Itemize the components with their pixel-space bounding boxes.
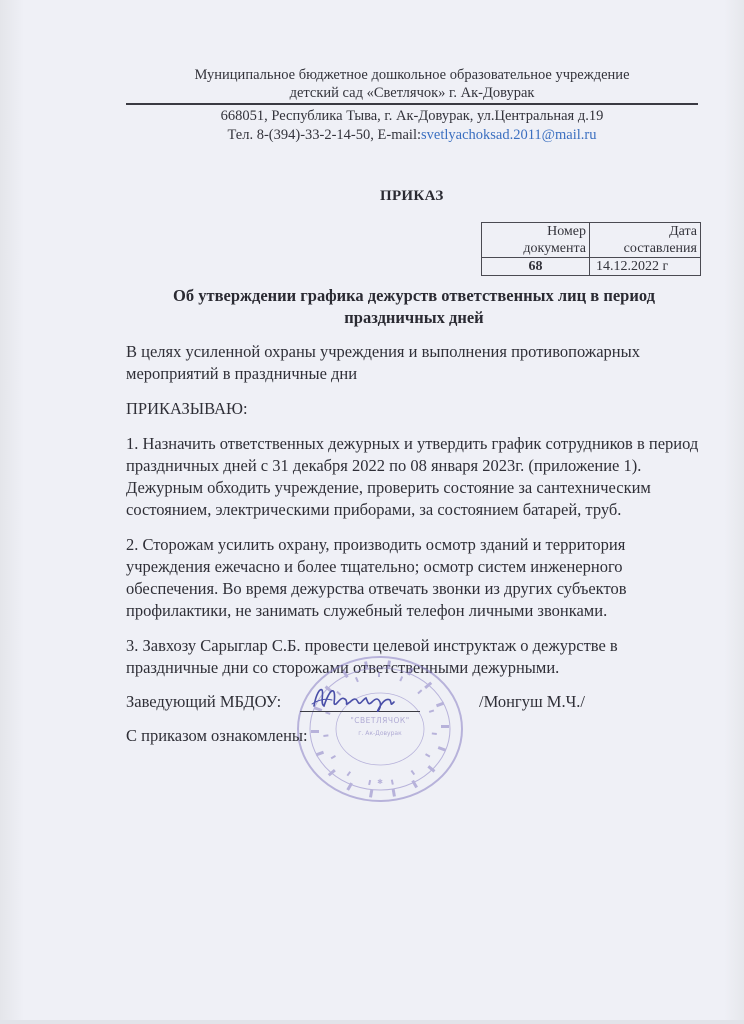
document-type-heading: ПРИКАЗ [380,188,444,205]
handwritten-signature-icon [306,680,426,716]
document-number: 68 [482,258,590,276]
organization-contacts: 668051, Республика Тыва, г. Ак-Довурак, … [126,107,698,145]
intro-paragraph: В целях усиленной охраны учреждения и вы… [126,341,706,385]
document-page: Муниципальное бюджетное дошкольное образ… [0,0,744,1024]
org-phone-email: Тел. 8-(394)-33-2-14-50, E-mail:svetlyac… [126,126,698,145]
official-stamp: ✱ "СВЕТЛЯЧОК" г. Ак-Довурак [294,654,466,804]
stamp-city: г. Ак-Довурак [294,730,466,737]
svg-text:✱: ✱ [377,778,383,786]
acquainted-label: С приказом ознакомлены: [126,725,308,747]
signatory-name: /Монгуш М.Ч./ [479,691,585,713]
header-divider [126,103,698,105]
email-link[interactable]: svetlyachoksad.2011@mail.ru [421,127,597,143]
header-cell-number: Номер документа [482,223,590,258]
org-name-line2: детский сад «Светлячок» г. Ак-Довурак [126,84,698,102]
order-word: ПРИКАЗЫВАЮ: [126,398,706,420]
org-name-line1: Муниципальное бюджетное дошкольное образ… [126,66,698,84]
stamp-name: "СВЕТЛЯЧОК" [294,716,466,725]
order-item-1: 1. Назначить ответственных дежурных и ут… [126,433,706,521]
stamp-seal-icon: ✱ [294,654,466,804]
table-row: 68 14.12.2022 г [482,258,701,276]
org-address: 668051, Республика Тыва, г. Ак-Довурак, … [126,107,698,126]
organization-header: Муниципальное бюджетное дошкольное образ… [126,66,698,102]
table-header-row: Номер документа Дата составления [482,223,701,258]
document-title: Об утверждении графика дежурств ответств… [126,285,702,329]
document-date: 14.12.2022 г [590,258,701,276]
header-cell-date: Дата составления [590,223,701,258]
document-number-date-table: Номер документа Дата составления 68 14.1… [481,222,701,276]
order-item-2: 2. Сторожам усилить охрану, производить … [126,534,706,622]
phone-text: Тел. 8-(394)-33-2-14-50, E-mail: [227,127,421,143]
signatory-position: Заведующий МБДОУ: [126,691,281,713]
